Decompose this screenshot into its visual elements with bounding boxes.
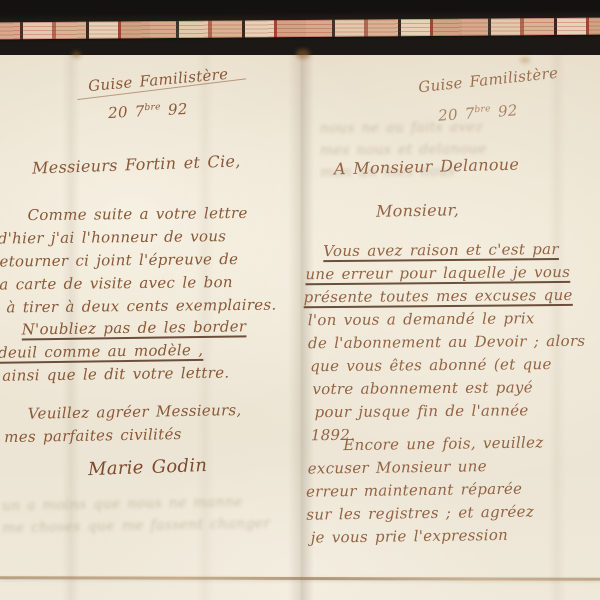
place-heading: Guise Familistère	[417, 62, 559, 100]
right-paragraph-1: Vous avez raison et c'est par une erreur…	[309, 238, 586, 447]
letter-line-underlined: N'oubliez pas de les border	[22, 315, 247, 341]
letter-line: votre abonnement est payé	[312, 376, 586, 401]
date-day-month: 20 7	[108, 102, 146, 122]
letter-line: je vous prie l'expression	[310, 523, 544, 549]
letter-line: excuser Monsieur une	[308, 454, 544, 480]
show-through-text: un a moins que nous ne manne me choses q…	[2, 491, 271, 540]
letter-line: retourner ci joint l'épreuve de	[0, 248, 276, 274]
letter-line: ainsi que le dit votre lettre.	[2, 361, 247, 387]
right-salutation: Monsieur,	[376, 200, 459, 220]
right-paragraph-2: Encore une fois, veuillez excuser Monsie…	[309, 431, 545, 549]
letter-line: la carte de visite avec le bon	[0, 271, 276, 297]
letter-line: Encore une fois, veuillez	[343, 431, 543, 457]
left-closing: Veuillez agréer Messieurs, mes parfaites…	[10, 399, 243, 449]
left-paragraph-1: Comme suite a votre lettre d'hier j'ai l…	[5, 202, 276, 320]
letter-line: pour jusque fin de l'année	[315, 399, 587, 424]
letter-line: sur les registres ; et agréez	[306, 500, 544, 526]
right-page-letter: Guise Familistère 20 7bre 92 nous ne au …	[300, 55, 600, 600]
left-page-letter: Guise Familistère 20 7bre 92 Messieurs F…	[0, 55, 298, 600]
left-salutation: Messieurs Fortin et Cie,	[32, 151, 241, 177]
place-heading: Guise Familistère	[87, 63, 229, 98]
letter-line-underlined: Vous avez raison et c'est par	[323, 238, 585, 263]
letter-line: Comme suite a votre lettre	[27, 202, 275, 228]
recipient-line: A Monsieur Delanoue	[334, 155, 520, 179]
letter-line-underlined: une erreur pour laquelle je vous	[305, 261, 585, 286]
date-year: 92	[168, 100, 189, 119]
signature: Marie Godin	[88, 455, 208, 480]
letter-line: l'on vous a demandé le prix	[308, 307, 586, 332]
ghost-line: nous ne au faits avez	[320, 116, 487, 139]
left-date-block: 20 7bre 92	[107, 95, 188, 125]
right-heading-block: Guise Familistère	[417, 62, 559, 100]
letter-line: de l'abonnement au Devoir ; alors	[308, 330, 586, 355]
left-heading-block: Guise Familistère	[87, 63, 229, 98]
date-line: 20 7bre 92	[108, 100, 189, 122]
letter-line: erreur maintenant réparée	[306, 477, 544, 503]
letter-line: d'hier j'ai l'honneur de vous	[0, 225, 276, 251]
letter-line-underlined: présente toutes mes excuses que	[304, 284, 586, 309]
left-paragraph-2: N'oubliez pas de les border deuil comme …	[6, 315, 248, 387]
open-pages-paper: Guise Familistère 20 7bre 92 Messieurs F…	[0, 55, 600, 600]
date-month-superscript: bre	[144, 102, 161, 113]
letter-line: mes parfaites civilités	[4, 422, 242, 449]
copybook-photo: Guise Familistère 20 7bre 92 Messieurs F…	[0, 0, 600, 600]
letter-line: Veuillez agréer Messieurs,	[28, 399, 242, 426]
letter-line-underlined: deuil comme au modèle ,	[0, 338, 247, 364]
date-year: 92	[497, 101, 518, 120]
letter-line: que vous êtes abonné (et que	[310, 353, 586, 378]
ghost-line: me choses que me fassent changer	[2, 513, 271, 540]
date-month-superscript: bre	[474, 104, 491, 115]
